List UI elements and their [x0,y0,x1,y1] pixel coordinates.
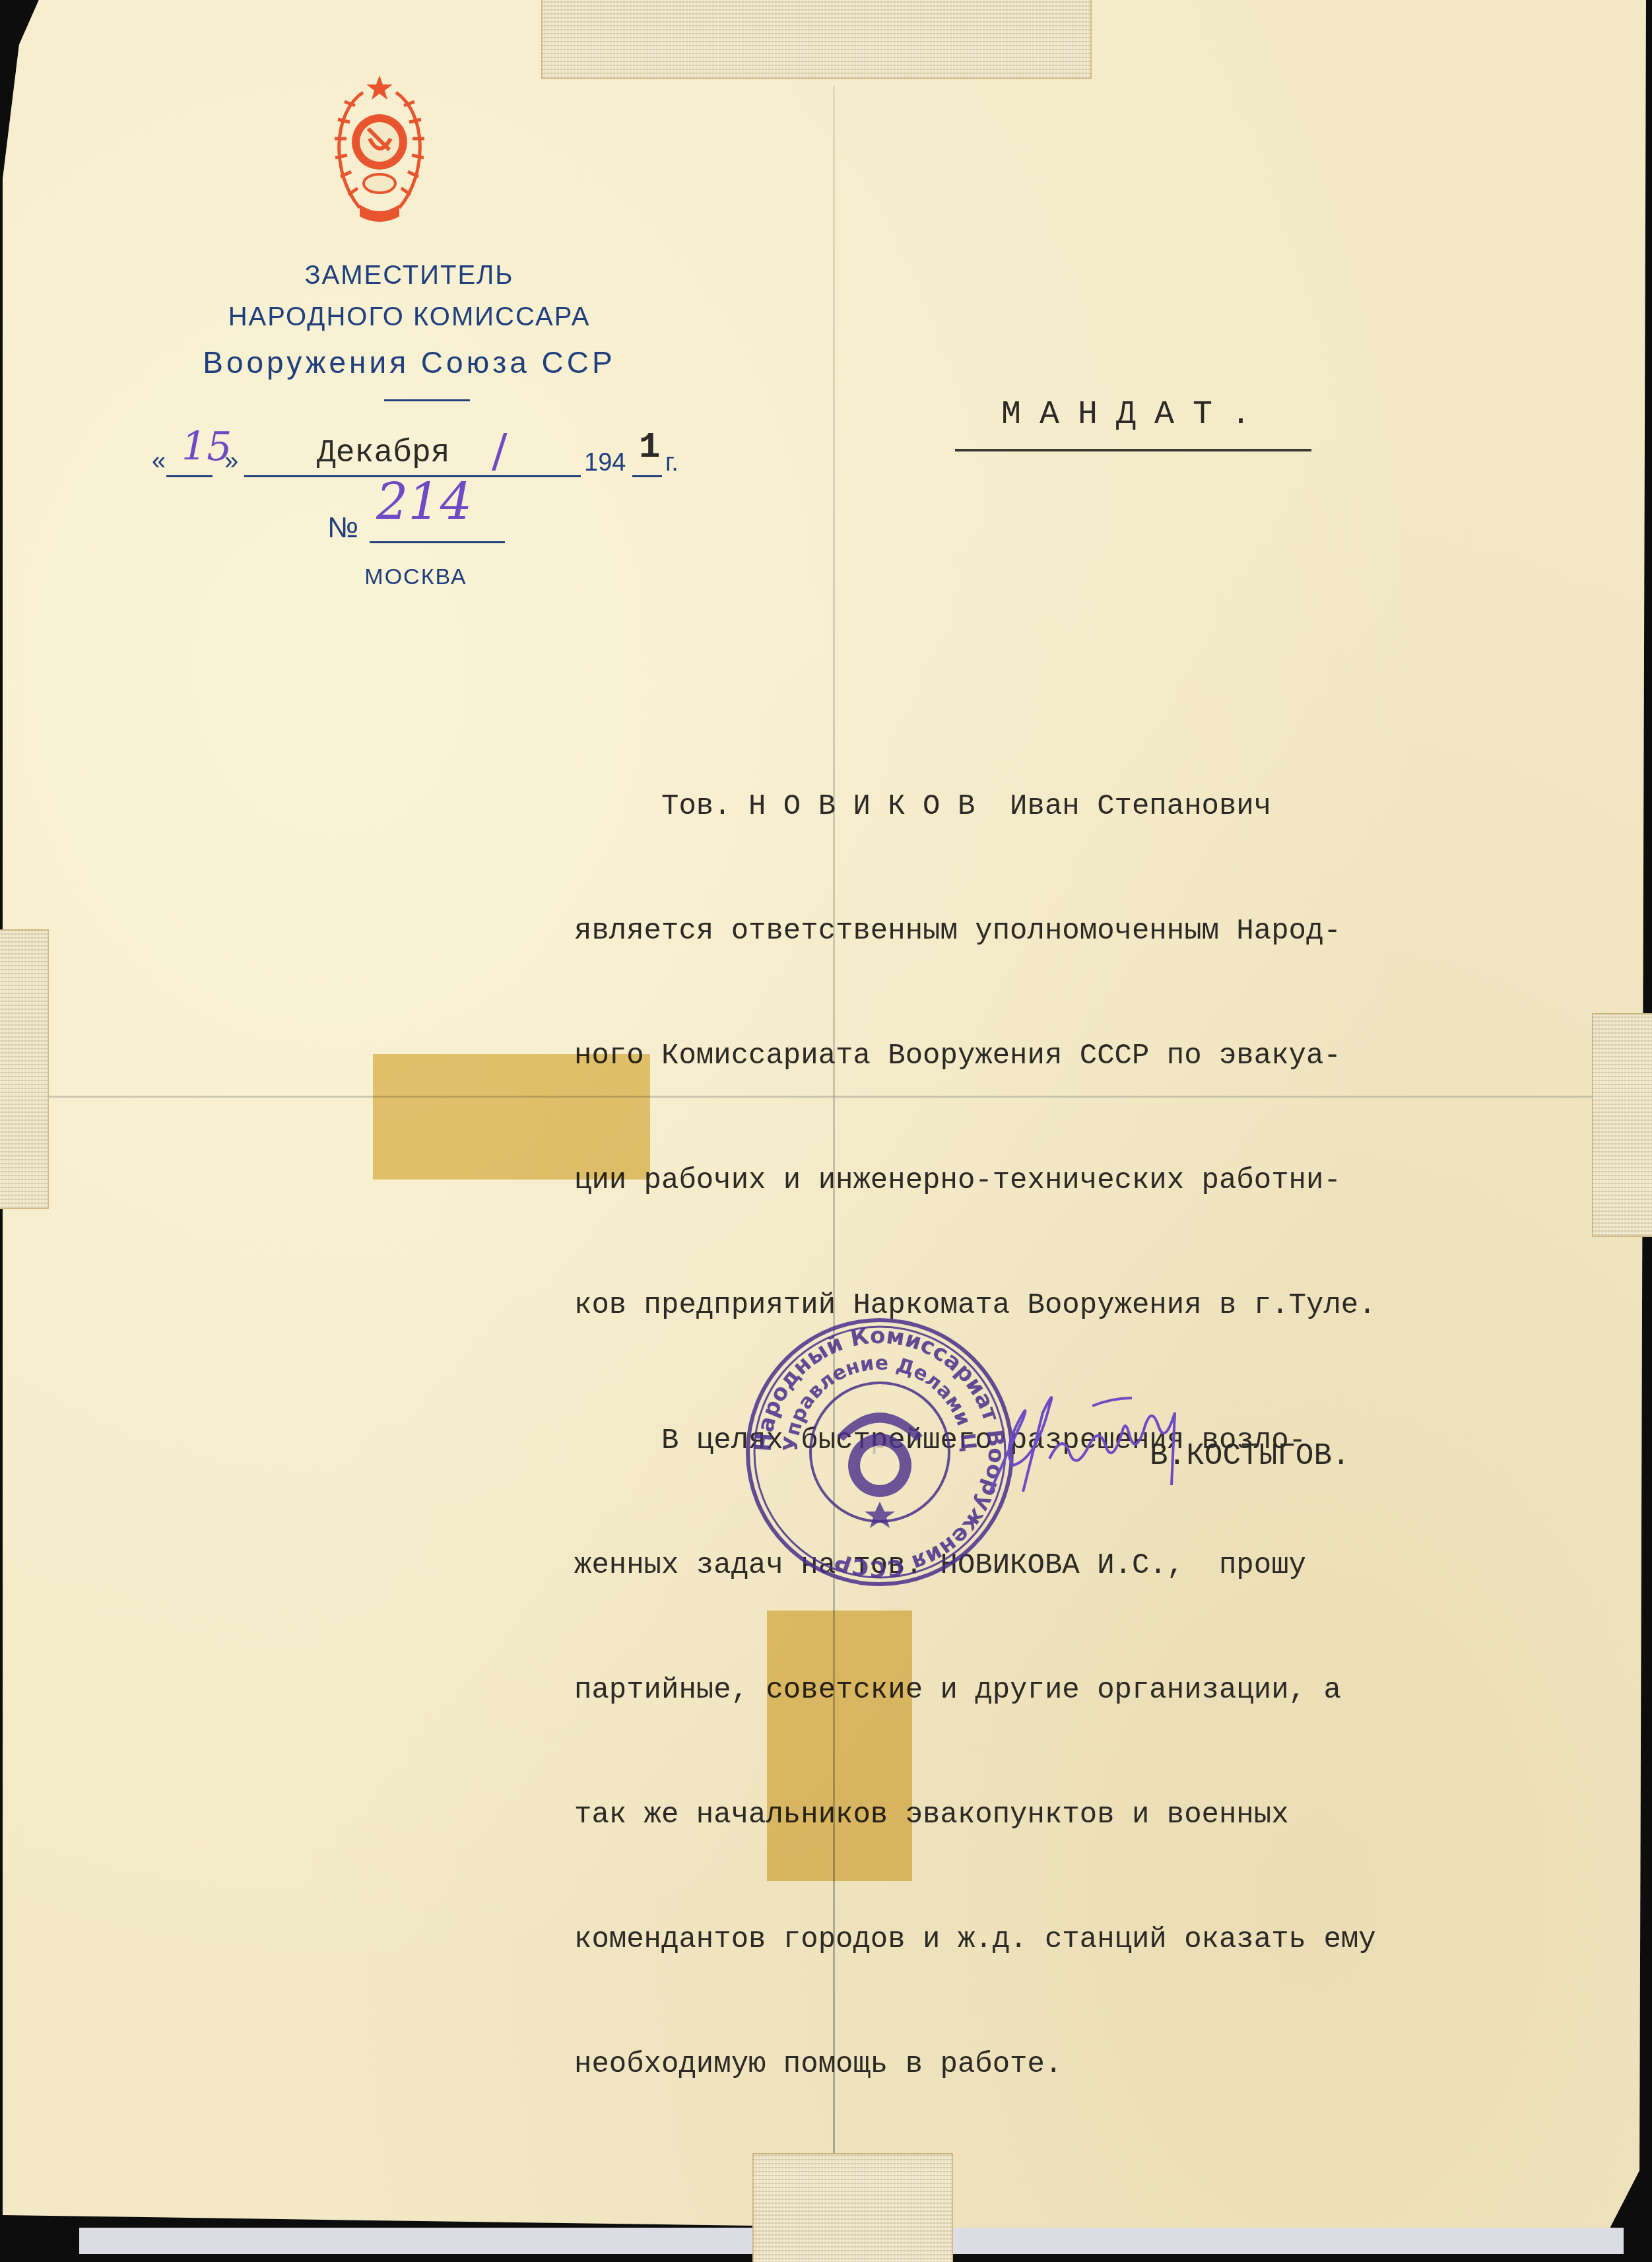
date-slash-mark: / [492,424,508,478]
body-line: является ответственным уполномоченным На… [574,911,1604,952]
yellowed-tape-lower [767,1611,912,1881]
cloth-patch-left [0,929,49,1209]
date-open-quote: « [152,448,166,476]
date-year-unit: г. [665,449,678,477]
document-title: МАНДАТ. [950,396,1320,434]
body-line: партийные, советские и другие организаци… [574,1670,1604,1712]
cloth-patch-bottom [752,2153,953,2262]
number-underline [370,541,505,543]
letterhead-city: МОСКВА [310,564,521,590]
document-number: 214 [376,472,472,531]
letterhead-divider [384,399,470,401]
body-line: так же начальников эвакопунктов и военны… [574,1795,1604,1836]
signer-name: В.КОСТЫГОВ. [1150,1439,1350,1473]
body-line: ков предприятий Наркомата Вооружения в г… [574,1285,1604,1327]
cloth-patch-top [541,0,1092,79]
date-year-prefix: 194 [584,449,626,477]
ussr-emblem-icon [323,73,436,231]
body-line: Тов. Н О В И К О В Иван Степанович [574,786,1604,828]
body-line: комендантов городов и ж.д. станций оказа… [574,1919,1604,1961]
letterhead-line-2: НАРОДНОГО КОМИССАРА [112,302,706,332]
title-underline [955,449,1311,451]
letterhead-line-3: Вооружения Союза ССР [112,345,706,380]
letterhead-line-1: ЗАМЕСТИТЕЛЬ [112,261,706,290]
body-line: ного Комиссариата Вооружения СССР по эва… [574,1036,1604,1077]
body-line: женных задач на тов. НОВИКОВА И.С., прош… [574,1545,1604,1587]
year-underline [632,475,662,477]
day-underline [166,475,213,477]
number-label: № [327,512,358,545]
date-year-suffix: 1 [639,428,660,468]
yellowed-tape-middle [373,1054,650,1180]
date-month: Декабря [317,436,450,471]
body-line: ции рабочих и инженерно-технических рабо… [574,1160,1604,1202]
body-line: необходимую помощь в работе. [574,2044,1604,2086]
date-close-quote: » [224,448,238,476]
